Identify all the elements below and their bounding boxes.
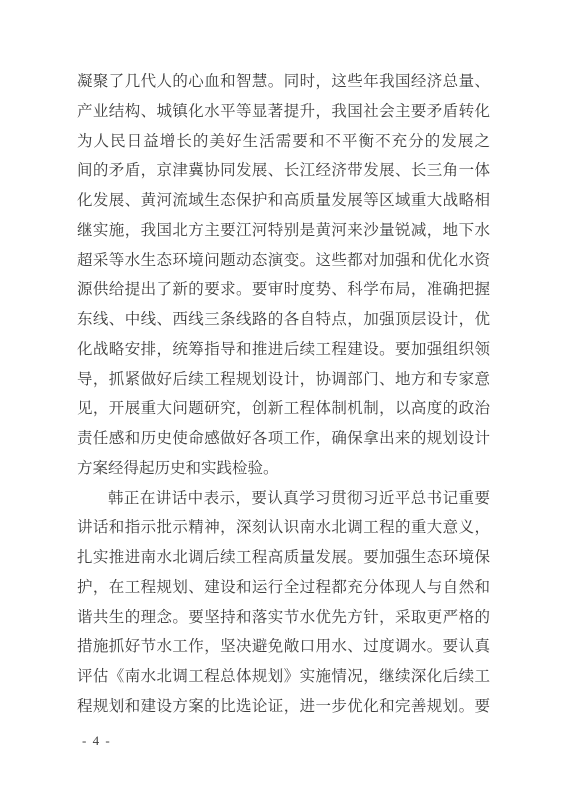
text-line: 措施抓好节水工作，坚决避免敞口用水、过度调水。要认真 [77,632,490,662]
text-line: 为人民日益增长的美好生活需要和不平衡不充分的发展之 [77,127,490,157]
text-line: 化战略安排，统筹指导和推进后续工程建设。要加强组织领 [77,335,490,365]
text-line: 继实施，我国北方主要江河特别是黄河来沙量锐减，地下水 [77,216,490,246]
text-line: 扎实推进南水北调后续工程高质量发展。要加强生态环境保 [77,543,490,573]
text-line: 讲话和指示批示精神，深刻认识南水北调工程的重大意义， [77,513,490,543]
text-line: 源供给提出了新的要求。要审时度势、科学布局，准确把握 [77,275,490,305]
text-line: 东线、中线、西线三条线路的各自特点，加强顶层设计，优 [77,305,490,335]
text-line: 责任感和历史使命感做好各项工作，确保拿出来的规划设计 [77,424,490,454]
text-line: 产业结构、城镇化水平等显著提升，我国社会主要矛盾转化 [77,97,490,127]
text-line: 护，在工程规划、建设和运行全过程都充分体现人与自然和 [77,573,490,603]
text-line: 韩正在讲话中表示，要认真学习贯彻习近平总书记重要 [77,484,490,514]
body-text: 凝聚了几代人的心血和智慧。同时，这些年我国经济总量、产业结构、城镇化水平等显著提… [77,67,490,722]
text-line: 化发展、黄河流域生态保护和高质量发展等区域重大战略相 [77,186,490,216]
text-line: 评估《南水北调工程总体规划》实施情况，继续深化后续工 [77,662,490,692]
page-number: - 4 - [82,733,111,749]
text-line: 凝聚了几代人的心血和智慧。同时，这些年我国经济总量、 [77,67,490,97]
text-line: 谐共生的理念。要坚持和落实节水优先方针，采取更严格的 [77,603,490,633]
text-line: 方案经得起历史和实践检验。 [77,454,490,484]
text-line: 间的矛盾，京津冀协同发展、长江经济带发展、长三角一体 [77,156,490,186]
text-line: 超采等水生态环境问题动态演变。这些都对加强和优化水资 [77,246,490,276]
text-line: 见，开展重大问题研究，创新工程体制机制，以高度的政治 [77,394,490,424]
text-line: 程规划和建设方案的比选论证，进一步优化和完善规划。要 [77,692,490,722]
text-line: 导，抓紧做好后续工程规划设计，协调部门、地方和专家意 [77,365,490,395]
document-page: 凝聚了几代人的心血和智慧。同时，这些年我国经济总量、产业结构、城镇化水平等显著提… [0,0,565,800]
